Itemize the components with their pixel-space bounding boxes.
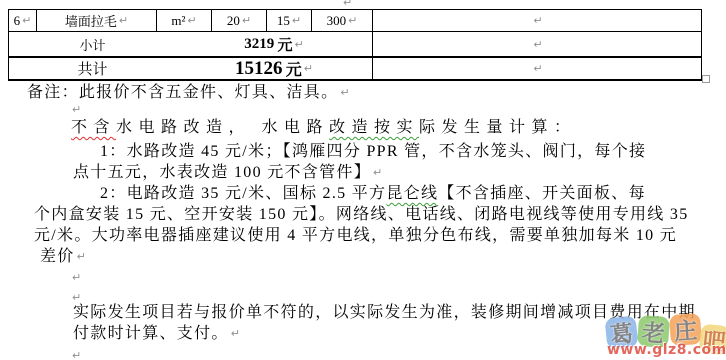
pilcrow-mark: ↵ — [72, 349, 81, 360]
total-value-area: 15126 元↵ — [176, 58, 372, 79]
intro-grammarcheck-segment: 改造按实 — [329, 119, 419, 136]
electric-text1a: 2：电路改造 35 元/米、国标 2.5 平方 — [100, 185, 386, 202]
item-qty: 15 — [277, 13, 290, 29]
remark-label: 备注： — [27, 84, 79, 101]
pilcrow-mark: ↵ — [242, 14, 251, 27]
cell-item-price: 20↵ — [211, 10, 266, 31]
pilcrow-mark: ↵ — [533, 38, 542, 51]
pilcrow-mark: ↵ — [304, 62, 313, 75]
cell-subtotal: 小计 3219 元↵ — [9, 32, 372, 56]
item-number: 6 — [14, 13, 21, 29]
pilcrow-mark: ↵ — [340, 86, 349, 99]
table-row-item: 6↵ 墙面拉毛↵ m²↵ 20↵ 15↵ 300↵ ↵ — [9, 10, 701, 31]
electric-route-line1: 2：电路改造 35 元/米、国标 2.5 平方昆仑线【不含插座、开关面板、每 — [100, 185, 646, 202]
electric-route-line4: 差价↵ — [40, 248, 86, 265]
pilcrow-mark: ↵ — [533, 62, 542, 75]
pilcrow-mark: ↵ — [72, 103, 81, 116]
pilcrow-mark: ↵ — [292, 14, 301, 27]
cell-item-total: 300↵ — [311, 10, 372, 31]
water-route-line2: 点十五元，水表改造 100 元不含管件】↵ — [73, 164, 382, 181]
subtotal-amount: 3219 — [244, 36, 274, 53]
subtotal-value-area: 3219 元↵ — [176, 32, 372, 56]
electric-grammarcheck-segment: 昆仑线 — [386, 185, 438, 202]
pilcrow-mark: ↵ — [77, 250, 86, 263]
table-row-subtotal: 小计 3219 元↵ ↵ — [9, 31, 701, 56]
electric-text1b: 【不含插座、开关面板、每 — [438, 185, 646, 202]
table-row-total: 共计 15126 元↵ ↵ — [9, 56, 701, 79]
total-amount: 15126 — [235, 58, 283, 79]
subtotal-currency: 元 — [277, 34, 292, 55]
electric-route-line2: 个内盒安装 15 元、空开安装 150 元】。网络线、电话线、闭路电视线等使用专… — [34, 206, 689, 223]
table-resize-handle[interactable] — [702, 75, 710, 83]
subtotal-label: 小计 — [79, 35, 105, 54]
document-page[interactable]: { "formatting_marks": { "pilcrow": "↵" }… — [0, 0, 726, 360]
item-unit: m² — [171, 13, 185, 29]
water-route-text2: 点十五元，水表改造 100 元不含管件】 — [73, 164, 371, 181]
cell-total: 共计 15126 元↵ — [9, 58, 372, 79]
intro-spellcheck-segment: 不含 — [71, 119, 116, 136]
final-note-text2: 付款时计算、支付。 — [73, 325, 229, 342]
item-name: 墙面拉毛 — [65, 11, 117, 30]
electric-route-line3: 元/米。大功率电器插座建议使用 4 平方电线，单独分色布线，需要单独加每米 10… — [34, 227, 677, 244]
item-total: 300 — [327, 13, 347, 29]
watermark-url: www.glz8.com — [607, 342, 726, 358]
cell-subtotal-empty: ↵ — [372, 32, 701, 56]
water-route-line1: 1：水路改造 45 元/米；【鸿雁四分 PPR 管，不含水笼头、阀门，每个接 — [100, 143, 646, 160]
cell-item-empty: ↵ — [372, 10, 701, 31]
final-note-line2: 付款时计算、支付。↵ — [73, 325, 240, 342]
total-label: 共计 — [77, 58, 107, 79]
intro-tail-segment: 际发生量计算： — [419, 119, 577, 136]
subtotal-label-area: 小计 — [9, 32, 176, 56]
pilcrow-mark: ↵ — [231, 327, 240, 340]
cell-item-name: 墙面拉毛↵ — [36, 10, 156, 31]
cell-item-number: 6↵ — [9, 10, 36, 31]
intro-mid-segment: 水电路改造， 水电路 — [116, 119, 329, 136]
remark-line: 备注：此报价不含五金件、灯具、洁具。↵ — [27, 84, 350, 101]
final-note-text1: 实际发生项目若与报价单不符的，以实际发生为准，装修期间增减项目费用在中期 — [73, 304, 696, 321]
final-note-line1: 实际发生项目若与报价单不符的，以实际发生为准，装修期间增减项目费用在中期 — [73, 304, 696, 321]
total-label-area: 共计 — [9, 58, 176, 79]
quotation-table: 6↵ 墙面拉毛↵ m²↵ 20↵ 15↵ 300↵ ↵ 小计 3219 元↵ — [8, 9, 702, 81]
item-price: 20 — [227, 13, 240, 29]
cell-item-unit: m²↵ — [156, 10, 211, 31]
pilcrow-mark: ↵ — [72, 271, 81, 284]
cell-total-empty: ↵ — [372, 58, 701, 79]
pilcrow-mark: ↵ — [72, 291, 81, 304]
electric-text2: 个内盒安装 15 元、空开安装 150 元】。网络线、电话线、闭路电视线等使用专… — [34, 206, 689, 223]
remark-text: 此报价不含五金件、灯具、洁具。 — [79, 84, 339, 101]
pilcrow-mark: ↵ — [533, 14, 542, 27]
pilcrow-mark: ↵ — [373, 166, 382, 179]
electric-text4: 差价 — [40, 248, 75, 265]
water-route-text1: 1：水路改造 45 元/米；【鸿雁四分 PPR 管，不含水笼头、阀门，每个接 — [100, 143, 646, 160]
pilcrow-mark: ↵ — [22, 14, 31, 27]
pilcrow-mark: ↵ — [187, 14, 196, 27]
cell-item-qty: 15↵ — [266, 10, 311, 31]
pilcrow-mark: ↵ — [348, 14, 357, 27]
pilcrow-mark: ↵ — [343, 0, 352, 9]
water-electric-intro-line: 不含水电路改造， 水电路改造按实际发生量计算： — [71, 119, 577, 136]
total-currency: 元 — [286, 58, 302, 79]
electric-text3: 元/米。大功率电器插座建议使用 4 平方电线，单独分色布线，需要单独加每米 10… — [34, 227, 677, 244]
pilcrow-mark: ↵ — [119, 14, 128, 27]
pilcrow-mark: ↵ — [295, 38, 304, 51]
